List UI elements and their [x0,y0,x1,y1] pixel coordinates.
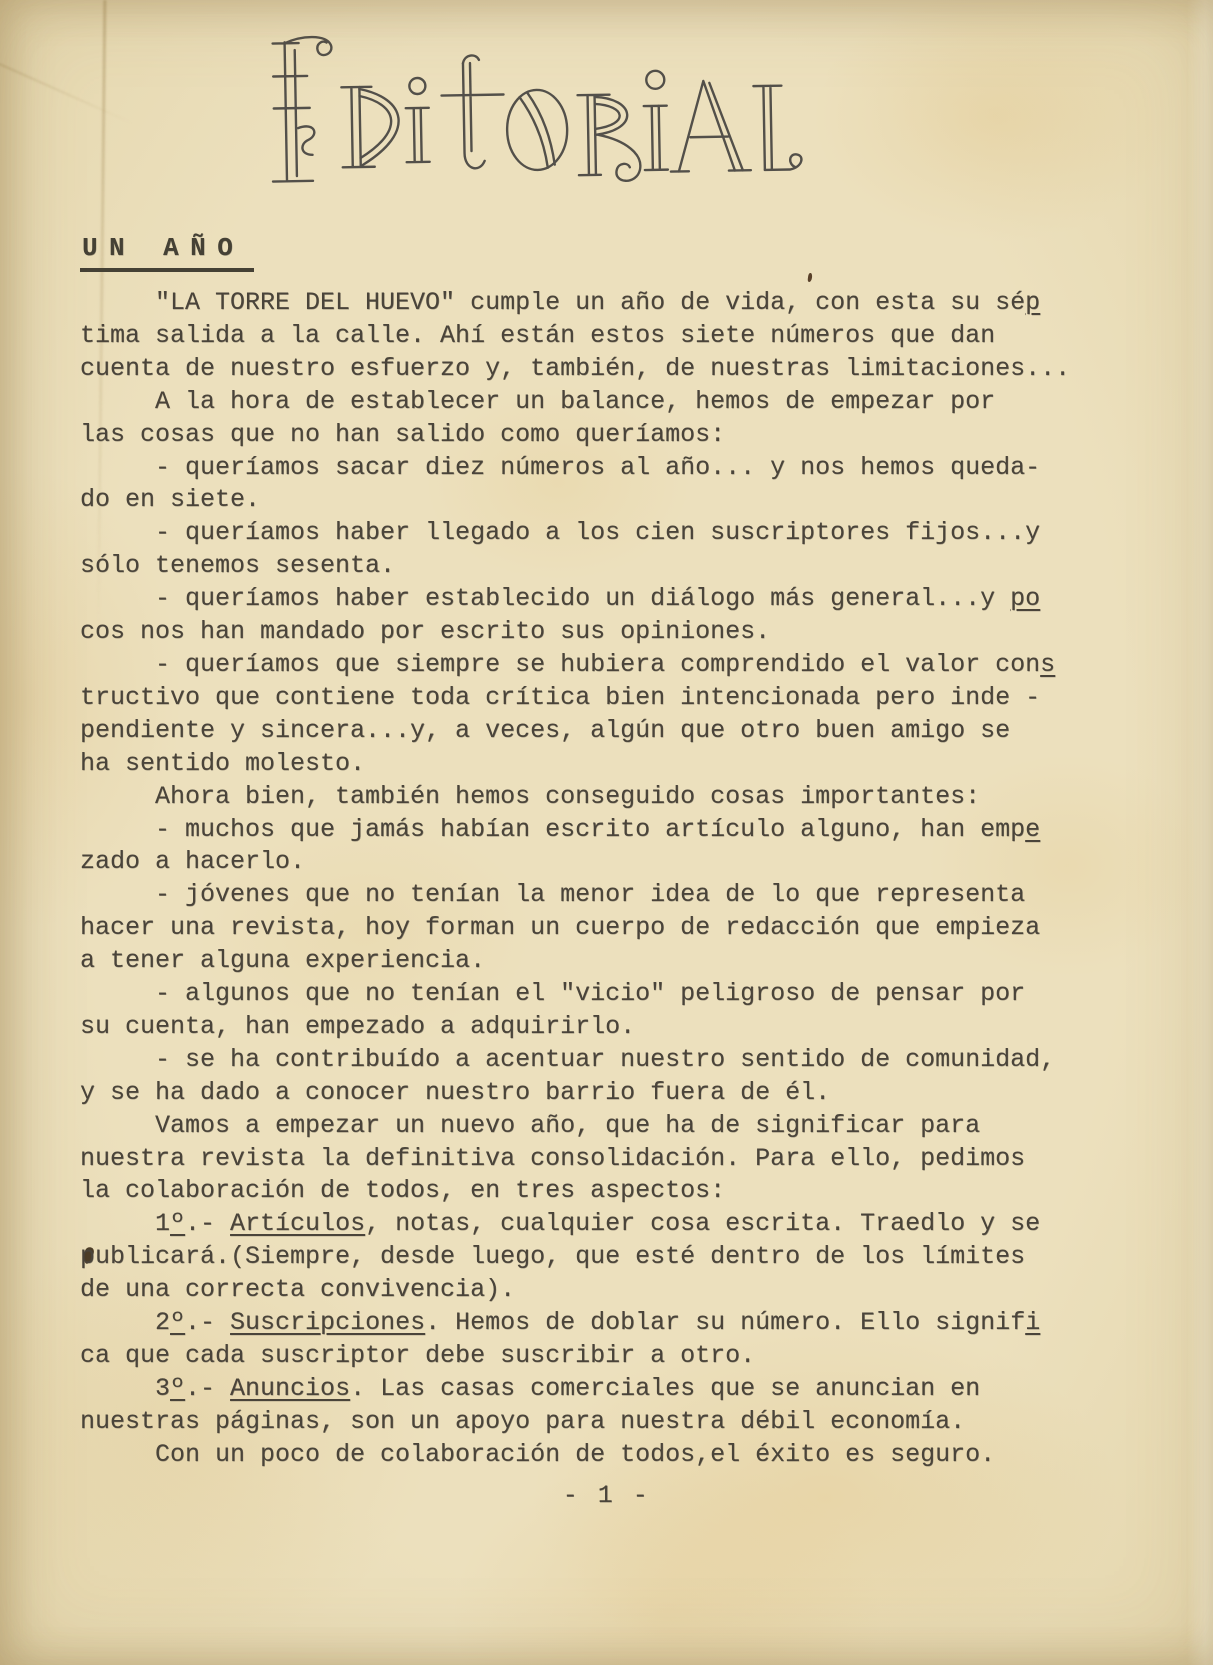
section-heading: UN AÑO [80,233,254,272]
text-line: pendiente y sincera...y, a veces, algún … [80,715,1160,748]
text-line: sólo tenemos sesenta. [80,550,1160,583]
text-line: publicará.(Siempre, desde luego, que est… [80,1241,1160,1274]
text-line: - algunos que no tenían el "vicio" pelig… [80,978,1160,1011]
text-line: de una correcta convivencia). [80,1274,1160,1307]
text-line: do en siete. [80,484,1160,517]
text-line: A la hora de establecer un balance, hemo… [80,386,1160,419]
text-line: Vamos a empezar un nuevo año, que ha de … [80,1110,1160,1143]
text-line: - queríamos sacar diez números al año...… [80,452,1160,485]
text-line: nuestras páginas, son un apoyo para nues… [80,1406,1160,1439]
text-line: y se ha dado a conocer nuestro barrio fu… [80,1077,1160,1110]
scan-edge [1187,0,1213,1665]
page-number: - 1 - [0,1481,1213,1510]
ink-fleck-mark [807,273,812,282]
body-text: "LA TORRE DEL HUEVO" cumple un año de vi… [80,287,1160,1472]
text-line: Con un poco de colaboración de todos,el … [80,1439,1160,1472]
text-line: Ahora bien, también hemos conseguido cos… [80,781,1160,814]
text-line: - se ha contribuído a acentuar nuestro s… [80,1044,1160,1077]
text-line: cos nos han mandado por escrito sus opin… [80,616,1160,649]
text-line: 1º.- Artículos, notas, cualquier cosa es… [80,1208,1160,1241]
text-line: ha sentido molesto. [80,748,1160,781]
text-line: tima salida a la calle. Ahí están estos … [80,320,1160,353]
text-line: - queríamos que siempre se hubiera compr… [80,649,1160,682]
text-line: ca que cada suscriptor debe suscribir a … [80,1340,1160,1373]
text-line: hacer una revista, hoy forman un cuerpo … [80,912,1160,945]
text-line: - jóvenes que no tenían la menor idea de… [80,879,1160,912]
text-line: zado a hacerlo. [80,846,1160,879]
text-line: - queríamos haber llegado a los cien sus… [80,517,1160,550]
text-line: la colaboración de todos, en tres aspect… [80,1175,1160,1208]
text-line: - queríamos haber establecido un diálogo… [80,583,1160,616]
paper-crease-corner [0,58,133,125]
scanned-editorial-page: EDITORIAL [0,0,1213,1665]
text-line: cuenta de nuestro esfuerzo y, también, d… [80,353,1160,386]
text-line: a tener alguna experiencia. [80,945,1160,978]
text-line: 2º.- Suscripciones. Hemos de doblar su n… [80,1307,1160,1340]
text-line: nuestra revista la definitiva consolidac… [80,1143,1160,1176]
text-line: 3º.- Anuncios. Las casas comerciales que… [80,1373,1160,1406]
text-line: tructivo que contiene toda crítica bien … [80,682,1160,715]
text-line: las cosas que no han salido como queríam… [80,419,1160,452]
text-line: "LA TORRE DEL HUEVO" cumple un año de vi… [80,287,1160,320]
editorial-title-art: EDITORIAL [250,19,813,224]
hand-lettered-editorial-icon [250,19,813,219]
text-line: su cuenta, han empezado a adquirirlo. [80,1011,1160,1044]
text-line: - muchos que jamás habían escrito artícu… [80,814,1160,847]
